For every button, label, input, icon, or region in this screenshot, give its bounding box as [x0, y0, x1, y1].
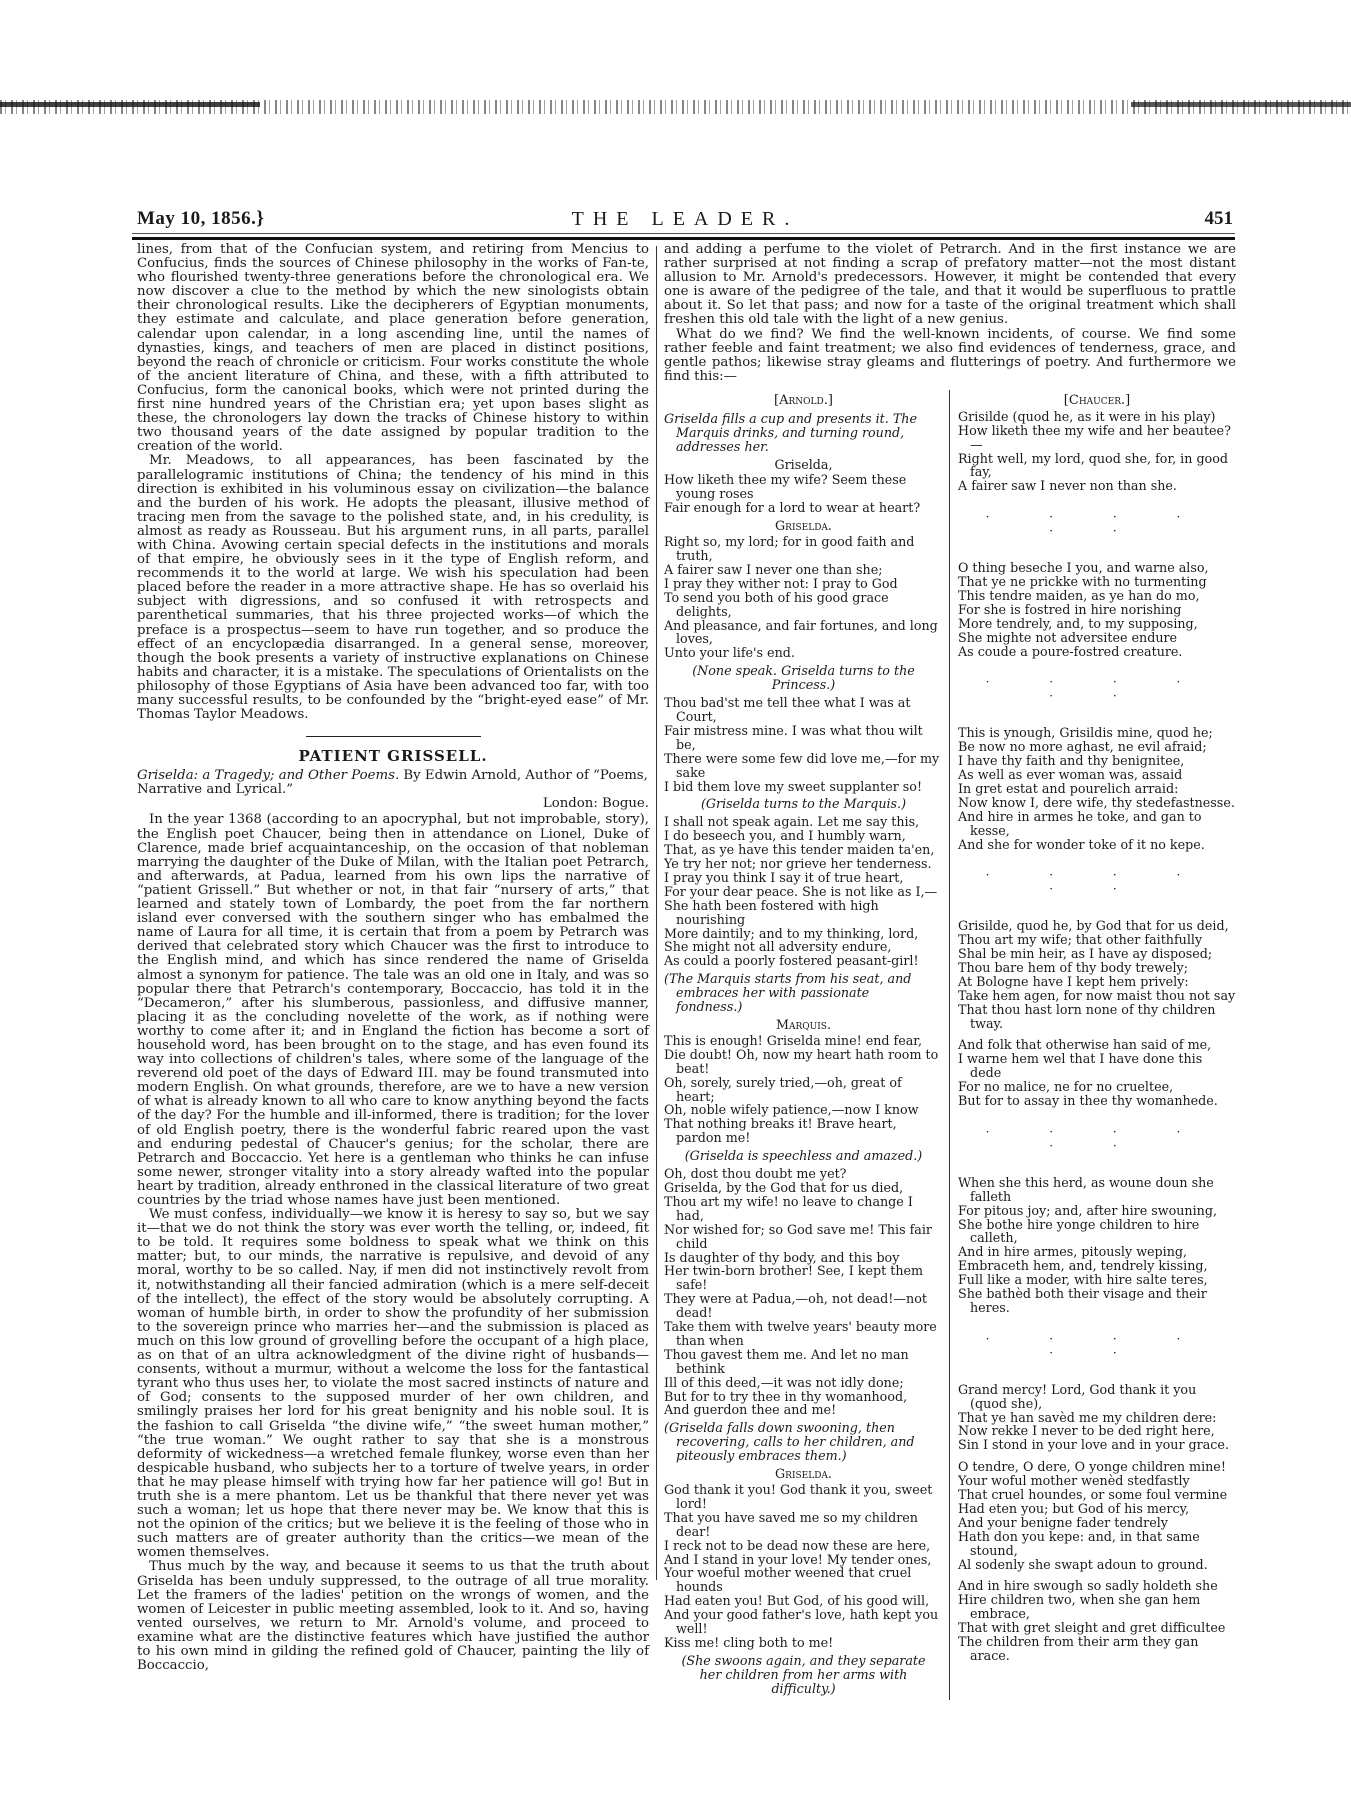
verse-line: Take hem agen, for now maist thou not sa…	[958, 989, 1236, 1003]
verse-line: I bid them love my sweet supplanter so!	[664, 780, 943, 794]
verse-line: Kiss me! cling both to me!	[664, 1636, 943, 1650]
stage-direction: (None speak. Griselda turns to the Princ…	[664, 664, 943, 692]
verse-line: More daintily; and to my thinking, lord,	[664, 927, 943, 941]
verse-line: How liketh thee my wife? Seem these youn…	[664, 473, 943, 501]
verse-line: Ill of this deed,—it was not idly done;	[664, 1376, 943, 1390]
stage-direction: Griselda fills a cup and presents it. Th…	[664, 412, 943, 454]
verse-line: Griselda, by the God that for us died,	[664, 1181, 943, 1195]
speaker-name: Griselda.	[664, 519, 943, 533]
verse-line: Take them with twelve years' beauty more…	[664, 1320, 943, 1348]
verse-line: To send you both of his good grace delig…	[664, 591, 943, 619]
verse-line: She might not all adversity endure,	[664, 940, 943, 954]
verse-line: This is ynough, Grisildis mine, quod he;	[958, 726, 1236, 740]
verse-line: And I stand in your love! My tender ones…	[664, 1553, 943, 1567]
verse-line: Nor wished for; so God save me! This fai…	[664, 1223, 943, 1251]
book-publisher: London: Bogue.	[543, 797, 649, 811]
verse-line: How liketh thee my wife and her beautee?…	[958, 424, 1236, 452]
verse-line: For she is fostred in hire norishing	[958, 603, 1236, 617]
verse-line: I do beseech you, and I humbly warn,	[664, 829, 943, 843]
verse-line: And in hire swough so sadly holdeth she	[958, 1579, 1236, 1593]
verse-line: Hath don you kepe: and, in that same sto…	[958, 1530, 1236, 1558]
verse-line: Now rekke I never to be ded right here,	[958, 1424, 1236, 1438]
verse-line: Ye try her not; nor grieve her tendernes…	[664, 857, 943, 871]
verse-line: Thou art my wife! no leave to change I h…	[664, 1195, 943, 1223]
verse-line: She bothe hire yonge children to hire ca…	[958, 1218, 1236, 1246]
paragraph: Thus much by the way, and because it see…	[137, 1560, 649, 1673]
verse-line: Grisilde (quod he, as it were in his pla…	[958, 410, 1236, 424]
verse-line: And in hire armes, pitously weping,	[958, 1245, 1236, 1259]
stanza-separator: · · · · · ·	[958, 1126, 1236, 1154]
stanza-separator: · · · · · ·	[958, 869, 1236, 897]
verse-line: Al sodenly she swapt adoun to ground.	[958, 1558, 1236, 1572]
verse-line: I have thy faith and thy benignitee,	[958, 754, 1236, 768]
paragraph: In the year 1368 (according to an apocry…	[137, 813, 649, 1208]
verse-line: She mighte not adversitee endure	[958, 631, 1236, 645]
verse-line: Thou bare hem of thy body trewely;	[958, 961, 1236, 975]
chaucer-heading: [Chaucer.]	[958, 394, 1236, 408]
verse-line: That ye ne prickke with no turmenting	[958, 575, 1236, 589]
book-citation: Griselda: a Tragedy; and Other Poems. By…	[137, 769, 649, 811]
stage-direction: (She swoons again, and they separate her…	[664, 1654, 943, 1696]
verse-line: Fair enough for a lord to wear at heart?	[664, 501, 943, 515]
verse-line: Oh, sorely, surely tried,—oh, great of h…	[664, 1076, 943, 1104]
column-divider	[656, 246, 657, 1580]
speaker-name: Griselda,	[664, 458, 943, 472]
verse-line: That ye han savèd me my children dere:	[958, 1411, 1236, 1425]
verse-line: In gret estat and pourelich arraid:	[958, 782, 1236, 796]
verse-line: I pray they wither not: I pray to God	[664, 577, 943, 591]
verse-line: As could a poorly fostered peasant-girl!	[664, 954, 943, 968]
article-title: PATIENT GRISSELL.	[137, 747, 649, 765]
verse-line: But for to try thee in thy womanhood,	[664, 1390, 943, 1404]
verse-line: I shall not speak again. Let me say this…	[664, 815, 943, 829]
verse-line: Right so, my lord; for in good faith and…	[664, 535, 943, 563]
verse-line: They were at Padua,—oh, not dead!—not de…	[664, 1292, 943, 1320]
verse-line: Had eten you; but God of his mercy,	[958, 1502, 1236, 1516]
verse-line: And hire in armes he toke, and gan to ke…	[958, 810, 1236, 838]
verse-line: More tendrely, and, to my supposing,	[958, 617, 1236, 631]
speaker-name: Marquis.	[664, 1018, 943, 1032]
verse-line: And your benigne fader tendrely	[958, 1516, 1236, 1530]
verse-line: For no malice, ne for no crueltee,	[958, 1080, 1236, 1094]
paragraph: We must confess, individually—we know it…	[137, 1208, 649, 1560]
verse-line: For pitous joy; and, after hire swouning…	[958, 1204, 1236, 1218]
verse-line: Shal be min heir, as I have ay disposed;	[958, 947, 1236, 961]
verse-line: And pleasance, and fair fortunes, and lo…	[664, 619, 943, 647]
verse-line: O thing beseche I you, and warne also,	[958, 561, 1236, 575]
arnold-verse-column: [Arnold.] Griselda fills a cup and prese…	[664, 390, 950, 1700]
verse-line: As well as ever woman was, assaid	[958, 768, 1236, 782]
verse-line: Grand mercy! Lord, God thank it you (quo…	[958, 1383, 1236, 1411]
section-rule	[306, 736, 481, 737]
verse-line: That you have saved me so my children de…	[664, 1511, 943, 1539]
verse-line: I warne hem wel that I have done this de…	[958, 1052, 1236, 1080]
verse-line: Grisilde, quod he, by God that for us de…	[958, 919, 1236, 933]
paragraph: lines, from that of the Confucian system…	[137, 243, 649, 454]
verse-line: When she this herd, as woune doun she fa…	[958, 1176, 1236, 1204]
verse-line: That nothing breaks it! Brave heart, par…	[664, 1117, 943, 1145]
verse-line: This tendre maiden, as ye han do mo,	[958, 589, 1236, 603]
verse-line: Her twin-born brother! See, I kept them …	[664, 1264, 943, 1292]
paragraph: and adding a perfume to the violet of Pe…	[664, 243, 1236, 328]
right-column: and adding a perfume to the violet of Pe…	[664, 243, 1236, 1700]
verse-line: I pray you think I say it of true heart,	[664, 871, 943, 885]
verse-line: This is enough! Griselda mine! end fear,	[664, 1034, 943, 1048]
verse-line: That thou hast lorn none of thy children…	[958, 1003, 1236, 1031]
verse-line: Die doubt! Oh, now my heart hath room to…	[664, 1048, 943, 1076]
verse-line: And she for wonder toke of it no kepe.	[958, 838, 1236, 852]
stage-direction: (Griselda is speechless and amazed.)	[664, 1149, 943, 1163]
verse-line: Oh, dost thou doubt me yet?	[664, 1167, 943, 1181]
stage-direction: (Griselda falls down swooning, then reco…	[664, 1421, 943, 1463]
verse-line: The children from their arm they gan ara…	[958, 1635, 1236, 1663]
verse-line: Is daughter of thy body, and this boy	[664, 1251, 943, 1265]
stanza-separator: · · · · · ·	[958, 511, 1236, 539]
scan-border-artifact	[1131, 102, 1351, 107]
verse-line: Now know I, dere wife, thy stedefastness…	[958, 796, 1236, 810]
verse-line: Full like a moder, with hire salte teres…	[958, 1273, 1236, 1287]
verse-line: And your good father's love, hath kept y…	[664, 1608, 943, 1636]
verse-line: That cruel houndes, or some foul vermine	[958, 1488, 1236, 1502]
verse-line: Embraceth hem, and, tendrely kissing,	[958, 1259, 1236, 1273]
verse-line: Your woeful mother weened that cruel hou…	[664, 1566, 943, 1594]
verse-line: At Bologne have I kept hem prively:	[958, 975, 1236, 989]
verse-line: I reck not to be dead now these are here…	[664, 1539, 943, 1553]
verse-line: O tendre, O dere, O yonge children mine!	[958, 1460, 1236, 1474]
speaker-name: Griselda.	[664, 1467, 943, 1481]
verse-line: There were some few did love me,—for my …	[664, 752, 943, 780]
paragraph: Mr. Meadows, to all appearances, has bee…	[137, 454, 649, 722]
arnold-verse: Griselda fills a cup and presents it. Th…	[664, 412, 943, 1696]
arnold-heading: [Arnold.]	[664, 394, 943, 408]
verse-line: Thou gavest them me. And let no man beth…	[664, 1348, 943, 1376]
stanza-separator: · · · · · ·	[958, 1333, 1236, 1361]
verse-line: That, as ye have this tender maiden ta'e…	[664, 843, 943, 857]
verse-line: Fair mistress mine. I was what thou wilt…	[664, 724, 943, 752]
verse-line: A fairer saw I never non than she.	[958, 479, 1236, 493]
scan-border-artifact	[0, 102, 260, 107]
verse-line: Be now no more aghast, ne evil afraid;	[958, 740, 1236, 754]
verse-line: Hire children two, when she gan hem embr…	[958, 1593, 1236, 1621]
stage-direction: (The Marquis starts from his seat, and e…	[664, 972, 943, 1014]
verse-comparison: [Arnold.] Griselda fills a cup and prese…	[664, 390, 1236, 1700]
verse-line: Right well, my lord, quod she, for, in g…	[958, 452, 1236, 480]
verse-line: And guerdon thee and me!	[664, 1403, 943, 1417]
masthead-rule	[132, 237, 1235, 240]
verse-line: Had eaten you! But God, of his good will…	[664, 1594, 943, 1608]
verse-line: Unto your life's end.	[664, 646, 943, 660]
verse-line: For your dear peace. She is not like as …	[664, 885, 943, 899]
verse-line: Oh, noble wifely patience,—now I know	[664, 1103, 943, 1117]
paragraph: What do we find? We find the well-known …	[664, 328, 1236, 384]
verse-line: Thou bad'st me tell thee what I was at C…	[664, 696, 943, 724]
verse-line: She hath been fostered with high nourish…	[664, 899, 943, 927]
masthead: May 10, 1856.} THE LEADER. 451	[135, 208, 1235, 230]
chaucer-verse: Grisilde (quod he, as it were in his pla…	[958, 410, 1236, 1663]
verse-line: And folk that otherwise han said of me,	[958, 1038, 1236, 1052]
page-number: 451	[1205, 208, 1234, 230]
verse-line: A fairer saw I never one than she;	[664, 563, 943, 577]
verse-line: She bathèd both their visage and their h…	[958, 1287, 1236, 1315]
verse-line: God thank it you! God thank it you, swee…	[664, 1483, 943, 1511]
verse-line: As coude a poure-fostred creature.	[958, 645, 1236, 659]
masthead-rule	[132, 233, 1235, 234]
newspaper-title: THE LEADER.	[135, 208, 1235, 231]
chaucer-verse-column: [Chaucer.] Grisilde (quod he, as it were…	[950, 390, 1236, 1700]
verse-line: That with gret sleight and gret difficul…	[958, 1621, 1236, 1635]
book-title: Griselda: a Tragedy; and Other Poems.	[137, 768, 399, 783]
left-column: lines, from that of the Confucian system…	[137, 243, 649, 1673]
verse-line: But for to assay in thee thy womanhede.	[958, 1094, 1236, 1108]
verse-line: Your woful mother wenèd stedfastly	[958, 1474, 1236, 1488]
stanza-separator: · · · · · ·	[958, 676, 1236, 704]
stage-direction: (Griselda turns to the Marquis.)	[664, 797, 943, 811]
verse-line: Thou art my wife; that other faithfully	[958, 933, 1236, 947]
verse-line: Sin I stond in your love and in your gra…	[958, 1438, 1236, 1452]
